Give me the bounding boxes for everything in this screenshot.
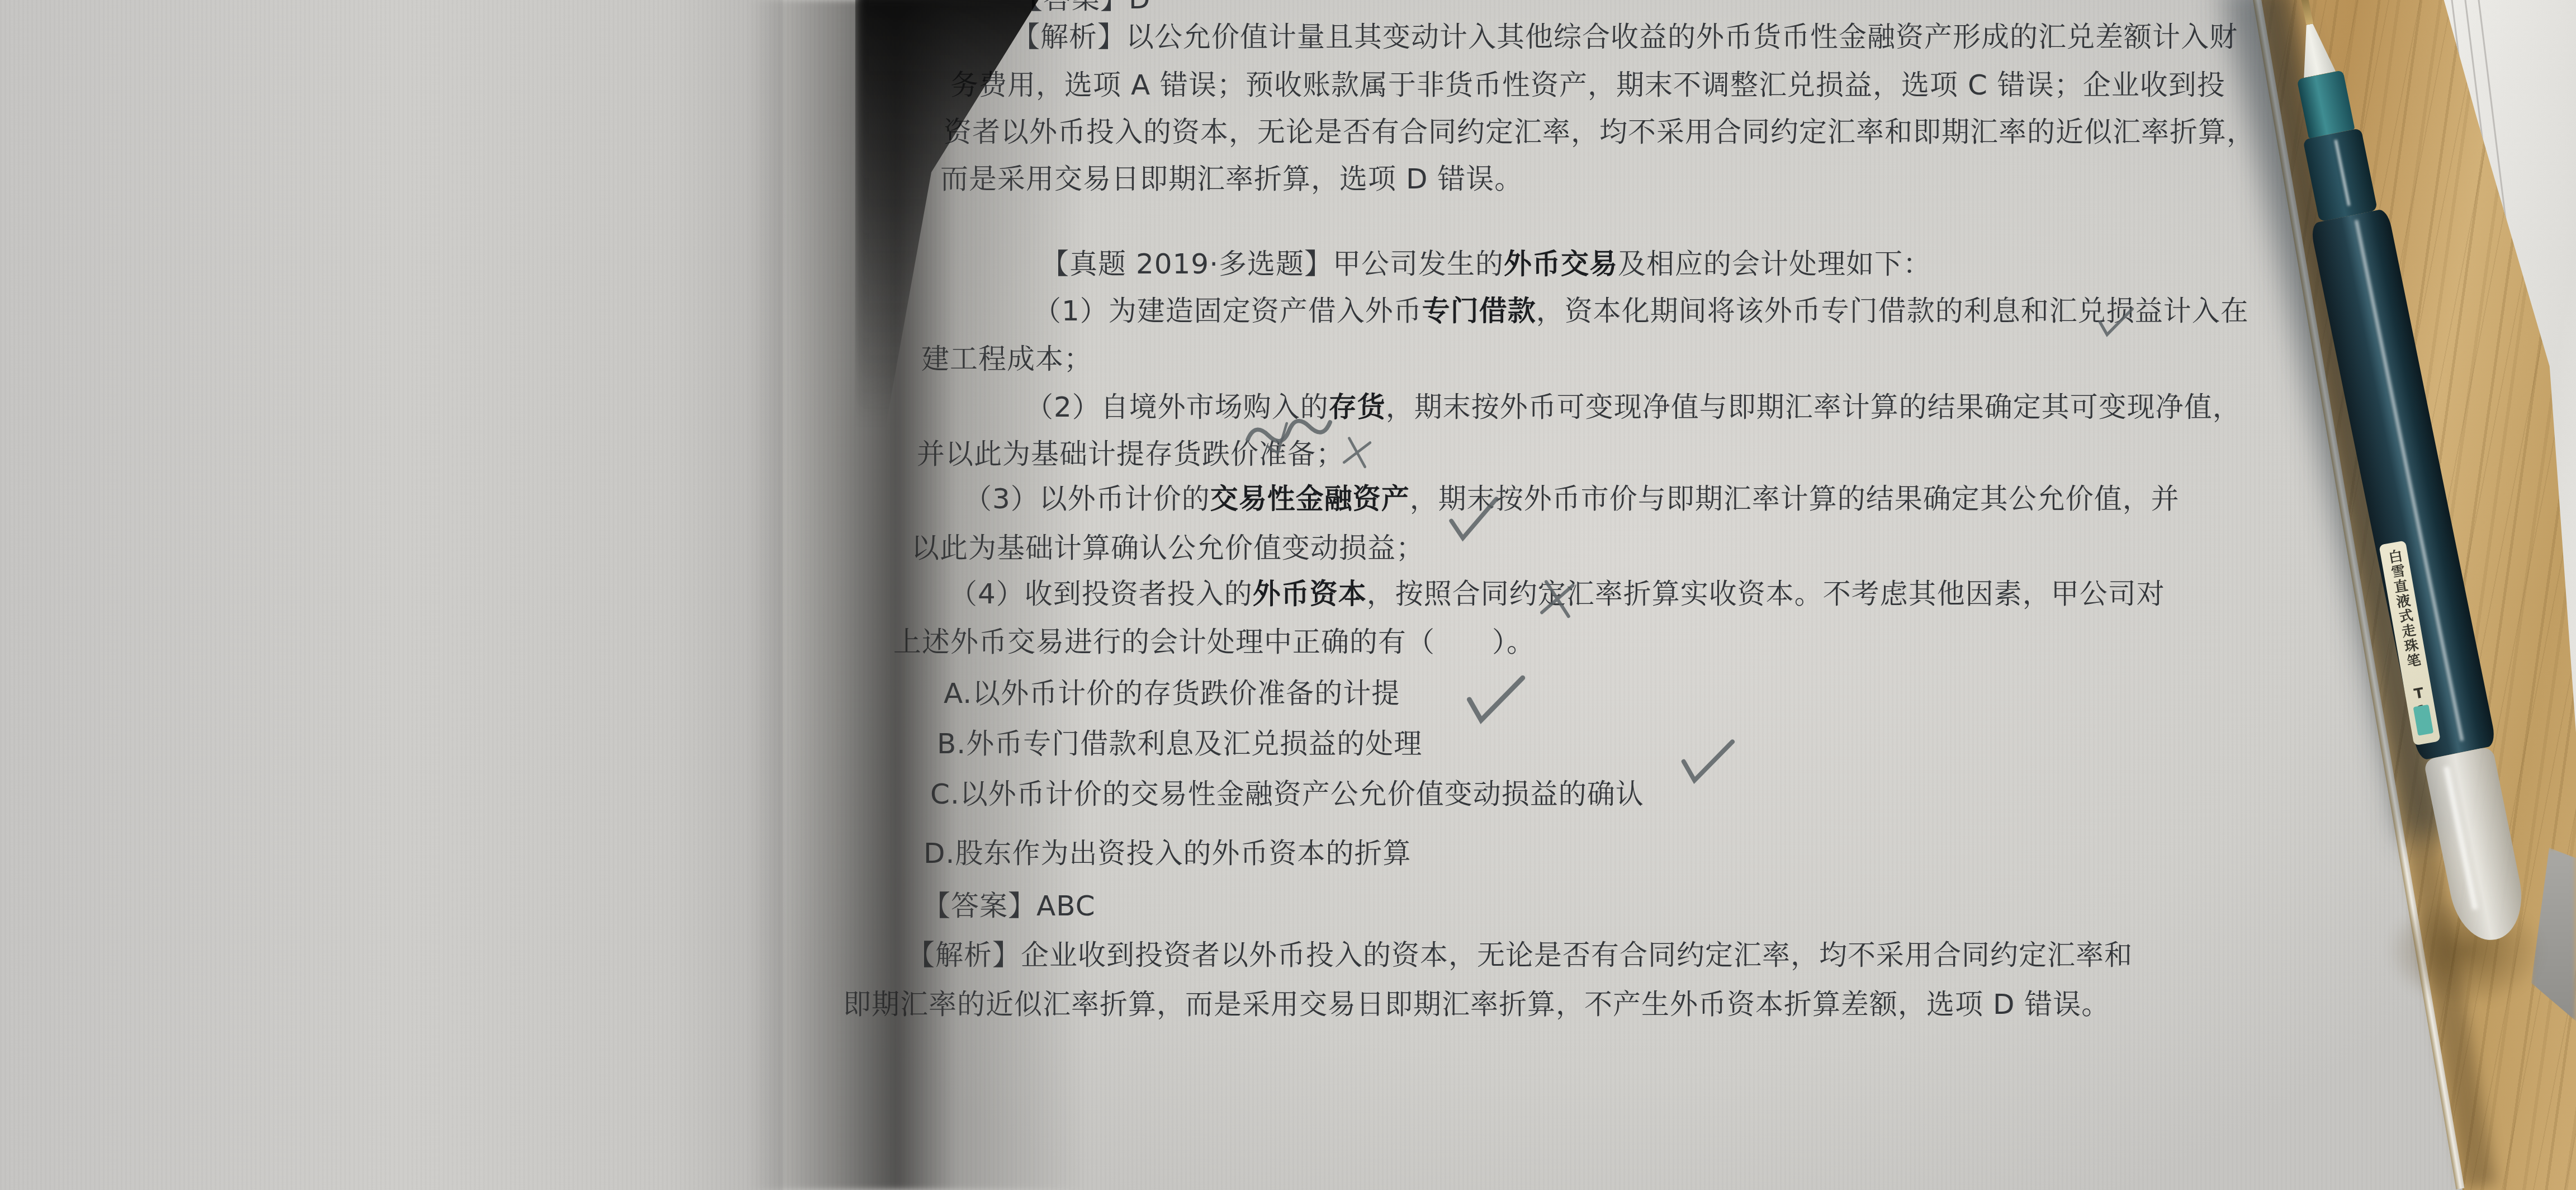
cross-mark-icon — [1336, 432, 1377, 473]
cross-mark-icon — [1532, 574, 1581, 624]
pen-teal-collar — [2297, 70, 2355, 139]
check-mark-icon — [1670, 727, 1737, 794]
check-mark-icon — [1454, 662, 1528, 735]
photo-of-open-textbook: 【答案】D【解析】以公允价值计量且其变动计入其他综合收益的外币货币性金融资产形成… — [0, 0, 2576, 1190]
handwritten-marks-layer — [0, 0, 2576, 1190]
check-mark-icon — [2090, 299, 2135, 344]
pen-neck-section — [2303, 128, 2378, 222]
check-mark-icon — [1439, 488, 1501, 549]
pen-tip — [2300, 0, 2313, 25]
pen-nose-cone — [2294, 21, 2336, 78]
